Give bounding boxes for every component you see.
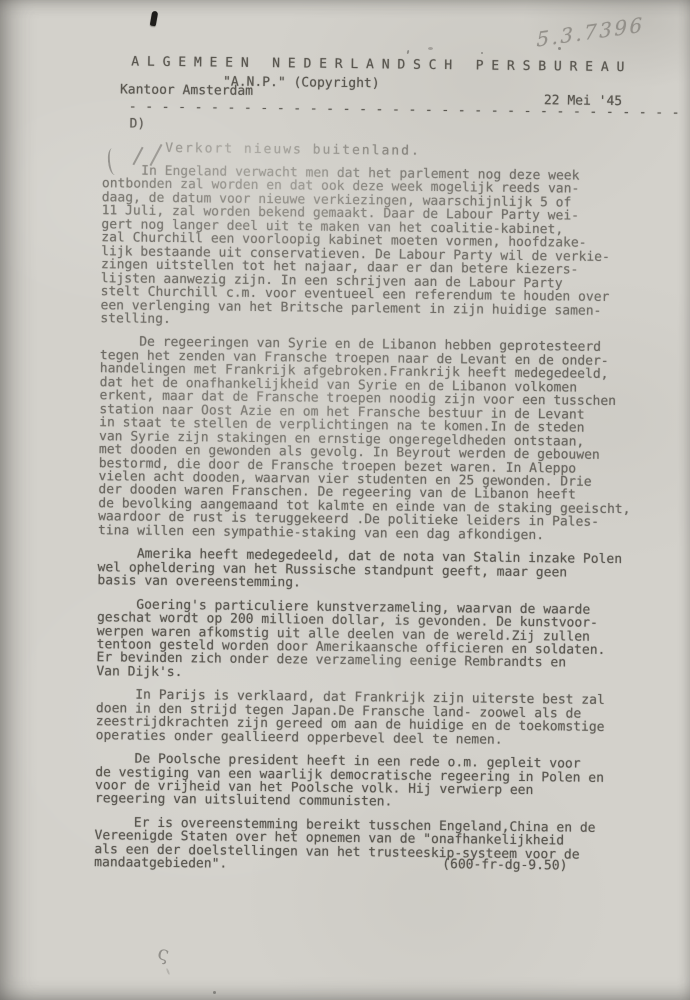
header-agency-name: A L G E M E E N N E D E R L A N D S C H …: [131, 55, 624, 74]
ink-speck: [428, 47, 433, 50]
paragraph: De regeeringen van Syrie en de Libanon h…: [98, 336, 666, 544]
typed-content: A L G E M E E N N E D E R L A N D S C H …: [0, 0, 690, 1000]
paragraph: Er is overeenstemming bereikt tusschen E…: [94, 816, 661, 876]
paragraph: Goering's particuliere kunstverzameling,…: [96, 598, 663, 685]
paragraph: In Engeland verwacht men dat het parleme…: [100, 164, 668, 332]
doc-title: Verkort nieuws buitenland.: [165, 142, 421, 158]
scanned-document-page: 5.3.7396 A L G E M E E N N E D E R L A N…: [0, 0, 690, 1000]
section-mark: D): [130, 117, 146, 131]
paragraph: In Parijs is verklaard, dat Frankrijk zi…: [96, 688, 663, 748]
header-office: Kantoor Amsterdam: [120, 83, 253, 98]
body-text: In Engeland verwacht men dat het parleme…: [94, 164, 668, 886]
ink-speck: [558, 47, 561, 50]
ink-speck: [481, 52, 483, 54]
paragraph: Amerika heeft medegedeeld, dat de nota v…: [97, 547, 663, 594]
sign-off-code: (600-fr-dg-9.50): [442, 858, 567, 873]
paragraph: De Poolsche president heeft in een rede …: [95, 752, 662, 812]
ink-speck: [213, 991, 216, 994]
